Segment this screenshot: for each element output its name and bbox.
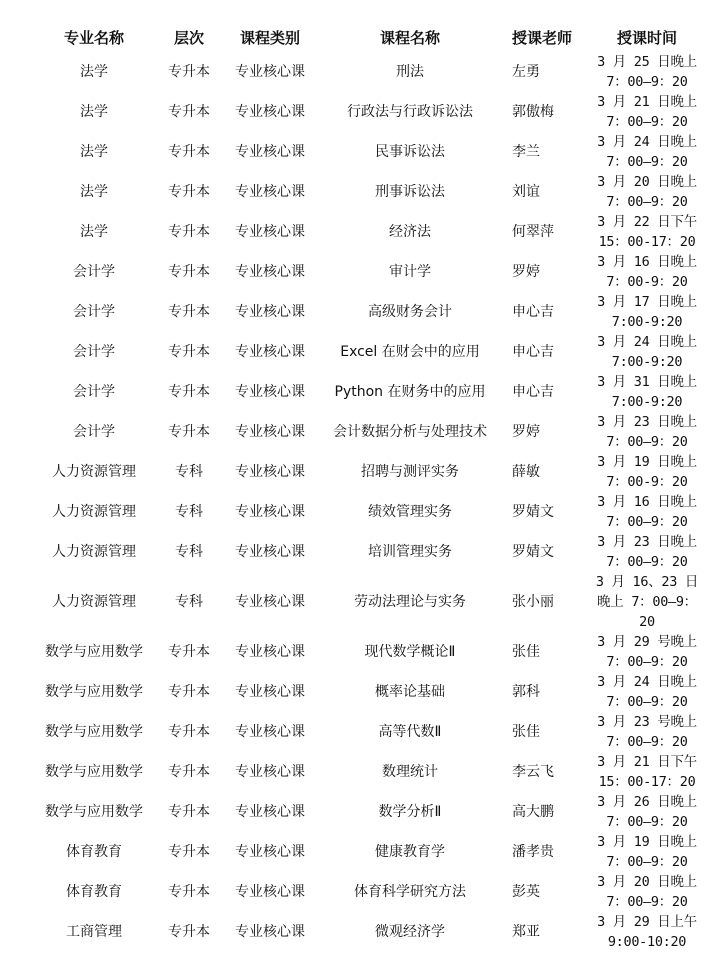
cell-course: Python 在财务中的应用	[320, 372, 500, 412]
cell-time: 3 月 24 日晚上7：00—9：20	[592, 672, 702, 712]
cell-level: 专升本	[158, 372, 220, 412]
table-header-row: 专业名称 层次 课程类别 课程名称 授课老师 授课时间	[30, 22, 702, 52]
cell-category: 专业核心课	[220, 212, 320, 252]
cell-level: 专升本	[158, 912, 220, 952]
cell-major: 体育教育	[30, 832, 158, 872]
time-date: 3 月 21 日晚上	[592, 92, 702, 112]
cell-time: 3 月 21 日晚上7：00—9：20	[592, 92, 702, 132]
cell-category: 专业核心课	[220, 292, 320, 332]
cell-time: 3 月 20 日晚上7：00—9：20	[592, 172, 702, 212]
cell-major: 会计学	[30, 332, 158, 372]
cell-time: 3 月 22 日下午15：00-17：20	[592, 212, 702, 252]
time-range: 7：00-9：20	[592, 272, 702, 292]
cell-category: 专业核心课	[220, 832, 320, 872]
cell-time: 3 月 21 日下午15：00-17：20	[592, 752, 702, 792]
time-range: 15：00-17：20	[592, 772, 702, 792]
cell-teacher: 罗婧文	[500, 532, 592, 572]
cell-level: 专科	[158, 452, 220, 492]
time-range: 7：00—9：20	[592, 732, 702, 752]
cell-time: 3 月 24 日晚上7:00-9:20	[592, 332, 702, 372]
time-date: 3 月 31 日晚上	[592, 372, 702, 392]
cell-time: 3 月 16 日晚上7：00—9：20	[592, 492, 702, 532]
table-row: 法学专升本专业核心课经济法何翠萍3 月 22 日下午15：00-17：20	[30, 212, 702, 252]
cell-teacher: 郑亚	[500, 912, 592, 952]
cell-level: 专升本	[158, 212, 220, 252]
table-row: 法学专升本专业核心课刑事诉讼法刘谊3 月 20 日晚上7：00—9：20	[30, 172, 702, 212]
time-date: 3 月 25 日晚上	[592, 52, 702, 72]
cell-time: 3 月 23 号晚上7：00—9：20	[592, 712, 702, 752]
cell-teacher: 张小丽	[500, 572, 592, 632]
cell-time: 3 月 25 日晚上7：00—9：20	[592, 52, 702, 92]
cell-category: 专业核心课	[220, 712, 320, 752]
cell-course: 劳动法理论与实务	[320, 572, 500, 632]
cell-course: Excel 在财会中的应用	[320, 332, 500, 372]
cell-category: 专业核心课	[220, 912, 320, 952]
cell-course: 刑法	[320, 52, 500, 92]
cell-teacher: 张佳	[500, 712, 592, 752]
cell-major: 人力资源管理	[30, 532, 158, 572]
cell-level: 专升本	[158, 832, 220, 872]
time-date: 3 月 20 日晚上	[592, 172, 702, 192]
schedule-page: 专业名称 层次 课程类别 课程名称 授课老师 授课时间 法学专升本专业核心课刑法…	[0, 0, 722, 956]
table-row: 法学专升本专业核心课行政法与行政诉讼法郭傲梅3 月 21 日晚上7：00—9：2…	[30, 92, 702, 132]
table-row: 数学与应用数学专升本专业核心课现代数学概论Ⅱ张佳3 月 29 号晚上7：00—9…	[30, 632, 702, 672]
cell-course: 概率论基础	[320, 672, 500, 712]
time-range: 7：00—9：20	[592, 852, 702, 872]
cell-course: 高级财务会计	[320, 292, 500, 332]
cell-category: 专业核心课	[220, 752, 320, 792]
cell-teacher: 申心吉	[500, 372, 592, 412]
cell-time: 3 月 19 日晚上7：00-9：20	[592, 452, 702, 492]
time-date: 3 月 19 日晚上	[592, 832, 702, 852]
time-range: 7：00—9：20	[592, 652, 702, 672]
cell-major: 会计学	[30, 292, 158, 332]
header-course: 课程名称	[320, 22, 500, 52]
cell-level: 专升本	[158, 172, 220, 212]
cell-level: 专升本	[158, 672, 220, 712]
cell-teacher: 罗婷	[500, 412, 592, 452]
time-range: 7：00—9：20	[592, 112, 702, 132]
cell-teacher: 罗婷	[500, 252, 592, 292]
time-date: 3 月 29 日上午	[592, 912, 702, 932]
cell-category: 专业核心课	[220, 792, 320, 832]
header-time: 授课时间	[592, 22, 702, 52]
time-range: 7：00—9：20	[592, 812, 702, 832]
table-row: 体育教育专升本专业核心课健康教育学潘孝贵3 月 19 日晚上7：00—9：20	[30, 832, 702, 872]
time-date: 3 月 24 日晚上	[592, 672, 702, 692]
time-range: 9:00-10:20	[592, 932, 702, 952]
cell-course: 刑事诉讼法	[320, 172, 500, 212]
cell-category: 专业核心课	[220, 252, 320, 292]
cell-time: 3 月 20 日晚上7：00—9：20	[592, 872, 702, 912]
cell-major: 法学	[30, 52, 158, 92]
cell-category: 专业核心课	[220, 632, 320, 672]
course-schedule-table: 专业名称 层次 课程类别 课程名称 授课老师 授课时间 法学专升本专业核心课刑法…	[30, 22, 702, 952]
cell-category: 专业核心课	[220, 872, 320, 912]
time-range: 7:00-9:20	[592, 312, 702, 332]
table-row: 数学与应用数学专升本专业核心课数理统计李云飞3 月 21 日下午15：00-17…	[30, 752, 702, 792]
cell-time: 3 月 26 日晚上7：00—9：20	[592, 792, 702, 832]
table-row: 数学与应用数学专升本专业核心课数学分析Ⅱ高大鹏3 月 26 日晚上7：00—9：…	[30, 792, 702, 832]
cell-major: 法学	[30, 132, 158, 172]
cell-teacher: 郭科	[500, 672, 592, 712]
cell-teacher: 何翠萍	[500, 212, 592, 252]
time-range: 7：00—9：20	[592, 192, 702, 212]
cell-major: 会计学	[30, 372, 158, 412]
cell-category: 专业核心课	[220, 372, 320, 412]
table-row: 法学专升本专业核心课民事诉讼法李兰3 月 24 日晚上7：00—9：20	[30, 132, 702, 172]
time-range: 7：00—9：20	[592, 512, 702, 532]
cell-time: 3 月 29 日上午9:00-10:20	[592, 912, 702, 952]
cell-level: 专升本	[158, 792, 220, 832]
cell-course: 健康教育学	[320, 832, 500, 872]
cell-course: 绩效管理实务	[320, 492, 500, 532]
cell-course: 培训管理实务	[320, 532, 500, 572]
cell-major: 法学	[30, 172, 158, 212]
time-range: 7：00—9：20	[592, 152, 702, 172]
time-range: 7:00-9:20	[592, 352, 702, 372]
cell-course: 数学分析Ⅱ	[320, 792, 500, 832]
cell-course: 招聘与测评实务	[320, 452, 500, 492]
cell-level: 专科	[158, 492, 220, 532]
cell-category: 专业核心课	[220, 412, 320, 452]
table-row: 会计学专升本专业核心课审计学罗婷3 月 16 日晚上7：00-9：20	[30, 252, 702, 292]
table-row: 数学与应用数学专升本专业核心课概率论基础郭科3 月 24 日晚上7：00—9：2…	[30, 672, 702, 712]
header-major: 专业名称	[30, 22, 158, 52]
table-row: 人力资源管理专科专业核心课培训管理实务罗婧文3 月 23 日晚上7：00—9：2…	[30, 532, 702, 572]
cell-time: 3 月 19 日晚上7：00—9：20	[592, 832, 702, 872]
cell-category: 专业核心课	[220, 452, 320, 492]
cell-time: 3 月 16、23 日晚上 7：00—9：20	[592, 572, 702, 632]
time-range: 7：00-9：20	[592, 472, 702, 492]
table-row: 人力资源管理专科专业核心课劳动法理论与实务张小丽3 月 16、23 日晚上 7：…	[30, 572, 702, 632]
cell-major: 数学与应用数学	[30, 632, 158, 672]
cell-category: 专业核心课	[220, 52, 320, 92]
cell-course: 民事诉讼法	[320, 132, 500, 172]
cell-level: 专升本	[158, 872, 220, 912]
header-teacher: 授课老师	[500, 22, 592, 52]
cell-teacher: 彭英	[500, 872, 592, 912]
cell-time: 3 月 24 日晚上7：00—9：20	[592, 132, 702, 172]
time-range: 15：00-17：20	[592, 232, 702, 252]
table-row: 人力资源管理专科专业核心课绩效管理实务罗婧文3 月 16 日晚上7：00—9：2…	[30, 492, 702, 532]
cell-course: 数理统计	[320, 752, 500, 792]
cell-level: 专升本	[158, 752, 220, 792]
cell-teacher: 左勇	[500, 52, 592, 92]
table-row: 会计学专升本专业核心课Excel 在财会中的应用申心吉3 月 24 日晚上7:0…	[30, 332, 702, 372]
cell-category: 专业核心课	[220, 132, 320, 172]
cell-major: 人力资源管理	[30, 452, 158, 492]
time-date: 3 月 23 号晚上	[592, 712, 702, 732]
cell-major: 数学与应用数学	[30, 672, 158, 712]
cell-category: 专业核心课	[220, 492, 320, 532]
time-date: 3 月 19 日晚上	[592, 452, 702, 472]
cell-level: 专升本	[158, 132, 220, 172]
cell-teacher: 张佳	[500, 632, 592, 672]
cell-teacher: 李云飞	[500, 752, 592, 792]
table-row: 体育教育专升本专业核心课体育科学研究方法彭英3 月 20 日晚上7：00—9：2…	[30, 872, 702, 912]
time-date: 3 月 23 日晚上	[592, 412, 702, 432]
cell-category: 专业核心课	[220, 92, 320, 132]
table-row: 数学与应用数学专升本专业核心课高等代数Ⅱ张佳3 月 23 号晚上7：00—9：2…	[30, 712, 702, 752]
time-range: 晚上 7：00—9：20	[592, 592, 702, 632]
cell-teacher: 郭傲梅	[500, 92, 592, 132]
cell-category: 专业核心课	[220, 532, 320, 572]
cell-major: 工商管理	[30, 912, 158, 952]
cell-major: 数学与应用数学	[30, 712, 158, 752]
cell-level: 专升本	[158, 412, 220, 452]
time-range: 7：00—9：20	[592, 692, 702, 712]
cell-course: 现代数学概论Ⅱ	[320, 632, 500, 672]
cell-level: 专升本	[158, 52, 220, 92]
cell-time: 3 月 16 日晚上7：00-9：20	[592, 252, 702, 292]
time-date: 3 月 16、23 日	[592, 572, 702, 592]
table-row: 人力资源管理专科专业核心课招聘与测评实务薛敏3 月 19 日晚上7：00-9：2…	[30, 452, 702, 492]
cell-level: 专升本	[158, 252, 220, 292]
cell-level: 专升本	[158, 92, 220, 132]
time-date: 3 月 23 日晚上	[592, 532, 702, 552]
cell-major: 会计学	[30, 252, 158, 292]
cell-time: 3 月 17 日晚上7:00-9:20	[592, 292, 702, 332]
cell-level: 专升本	[158, 632, 220, 672]
cell-major: 数学与应用数学	[30, 752, 158, 792]
cell-category: 专业核心课	[220, 672, 320, 712]
time-date: 3 月 24 日晚上	[592, 332, 702, 352]
cell-teacher: 薛敏	[500, 452, 592, 492]
header-category: 课程类别	[220, 22, 320, 52]
time-date: 3 月 24 日晚上	[592, 132, 702, 152]
header-level: 层次	[158, 22, 220, 52]
time-date: 3 月 17 日晚上	[592, 292, 702, 312]
cell-level: 专科	[158, 572, 220, 632]
time-range: 7：00—9：20	[592, 892, 702, 912]
cell-major: 法学	[30, 212, 158, 252]
table-row: 工商管理专升本专业核心课微观经济学郑亚3 月 29 日上午9:00-10:20	[30, 912, 702, 952]
cell-time: 3 月 31 日晚上7:00-9:20	[592, 372, 702, 412]
table-row: 法学专升本专业核心课刑法左勇3 月 25 日晚上7：00—9：20	[30, 52, 702, 92]
cell-course: 微观经济学	[320, 912, 500, 952]
cell-course: 体育科学研究方法	[320, 872, 500, 912]
time-range: 7：00—9：20	[592, 432, 702, 452]
cell-course: 行政法与行政诉讼法	[320, 92, 500, 132]
cell-time: 3 月 23 日晚上7：00—9：20	[592, 412, 702, 452]
cell-category: 专业核心课	[220, 172, 320, 212]
cell-teacher: 申心吉	[500, 332, 592, 372]
time-date: 3 月 29 号晚上	[592, 632, 702, 652]
cell-level: 专升本	[158, 712, 220, 752]
table-row: 会计学专升本专业核心课高级财务会计申心吉3 月 17 日晚上7:00-9:20	[30, 292, 702, 332]
cell-major: 人力资源管理	[30, 492, 158, 532]
time-range: 7:00-9:20	[592, 392, 702, 412]
time-date: 3 月 26 日晚上	[592, 792, 702, 812]
table-row: 会计学专升本专业核心课Python 在财务中的应用申心吉3 月 31 日晚上7:…	[30, 372, 702, 412]
cell-level: 专科	[158, 532, 220, 572]
time-range: 7：00—9：20	[592, 552, 702, 572]
cell-course: 审计学	[320, 252, 500, 292]
cell-time: 3 月 23 日晚上7：00—9：20	[592, 532, 702, 572]
cell-level: 专升本	[158, 292, 220, 332]
cell-course: 经济法	[320, 212, 500, 252]
cell-teacher: 申心吉	[500, 292, 592, 332]
cell-major: 会计学	[30, 412, 158, 452]
cell-time: 3 月 29 号晚上7：00—9：20	[592, 632, 702, 672]
cell-category: 专业核心课	[220, 332, 320, 372]
cell-teacher: 刘谊	[500, 172, 592, 212]
cell-category: 专业核心课	[220, 572, 320, 632]
cell-course: 会计数据分析与处理技术	[320, 412, 500, 452]
cell-teacher: 高大鹏	[500, 792, 592, 832]
cell-major: 法学	[30, 92, 158, 132]
cell-major: 体育教育	[30, 872, 158, 912]
cell-major: 数学与应用数学	[30, 792, 158, 832]
time-date: 3 月 16 日晚上	[592, 492, 702, 512]
time-range: 7：00—9：20	[592, 72, 702, 92]
time-date: 3 月 20 日晚上	[592, 872, 702, 892]
cell-teacher: 潘孝贵	[500, 832, 592, 872]
time-date: 3 月 22 日下午	[592, 212, 702, 232]
cell-major: 人力资源管理	[30, 572, 158, 632]
time-date: 3 月 21 日下午	[592, 752, 702, 772]
table-row: 会计学专升本专业核心课会计数据分析与处理技术罗婷3 月 23 日晚上7：00—9…	[30, 412, 702, 452]
cell-teacher: 李兰	[500, 132, 592, 172]
cell-level: 专升本	[158, 332, 220, 372]
cell-teacher: 罗婧文	[500, 492, 592, 532]
time-date: 3 月 16 日晚上	[592, 252, 702, 272]
cell-course: 高等代数Ⅱ	[320, 712, 500, 752]
